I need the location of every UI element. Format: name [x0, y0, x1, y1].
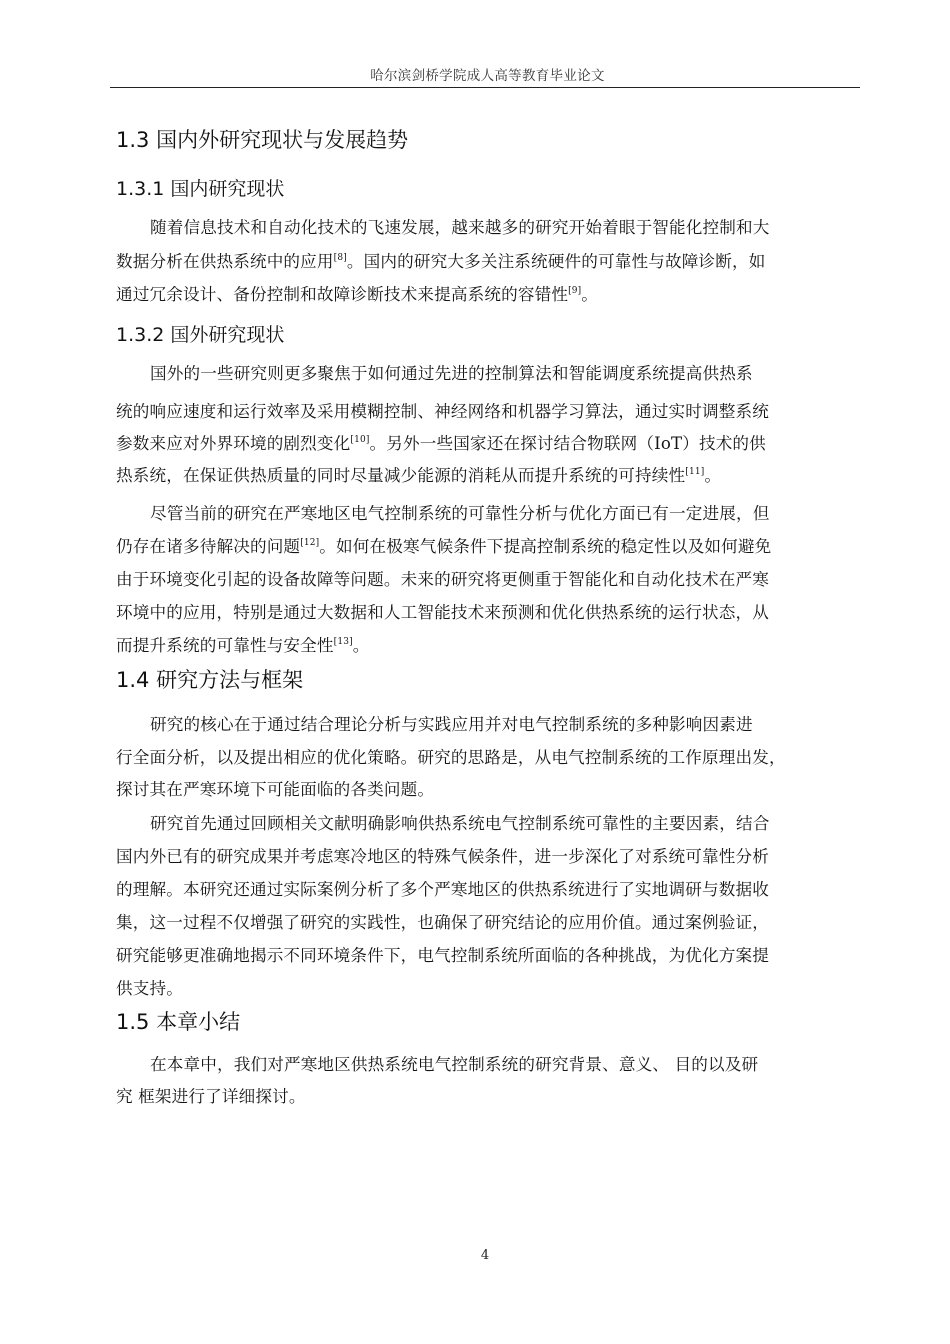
text-line: 由于环境变化引起的设备故障等问题。未来的研究将更侧重于智能化和自动化技术在严寒 [116, 566, 861, 590]
text-span: 仍存在诸多待解决的问题 [116, 537, 300, 556]
text-span: 。如何在极寒气候条件下提高控制系统的稳定性以及如何避免 [319, 537, 771, 556]
running-header: 哈尔滨剑桥学院成人高等教育毕业论文 [115, 64, 860, 84]
text-line: 通过冗余设计、备份控制和故障诊断技术来提高系统的容错性[9]。 [116, 281, 861, 305]
header-divider [110, 87, 860, 88]
text-line: 随着信息技术和自动化技术的飞速发展，越来越多的研究开始着眼于智能化控制和大 [150, 214, 895, 238]
citation-ref: [13] [334, 637, 353, 647]
text-span: 。 [581, 285, 598, 304]
text-span: 热系统，在保证供热质量的同时尽量减少能源的消耗从而提升系统的可持续性 [116, 466, 685, 485]
text-span: 而提升系统的可靠性与安全性 [116, 636, 334, 655]
text-span: 。 [704, 466, 721, 485]
subsection-heading-1-3-2: 1.3.2 国外研究现状 [116, 320, 284, 347]
text-line: 统的响应速度和运行效率及采用模糊控制、神经网络和机器学习算法，通过实时调整系统 [116, 398, 861, 422]
text-span: 通过冗余设计、备份控制和故障诊断技术来提高系统的容错性 [116, 285, 568, 304]
text-line: 集，这一过程不仅增强了研究的实践性，也确保了研究结论的应用价值。通过案例验证， [116, 909, 861, 933]
text-line: 供支持。 [116, 975, 861, 999]
text-line: 在本章中，我们对严寒地区供热系统电气控制系统的研究背景、意义、 目的以及研 [150, 1051, 895, 1075]
section-heading-1-3: 1.3 国内外研究现状与发展趋势 [116, 124, 408, 154]
citation-ref: [8] [334, 253, 347, 263]
citation-ref: [12] [300, 538, 319, 548]
citation-ref: [11] [685, 467, 704, 477]
text-span: 。另外一些国家还在探讨结合物联网（IoT）技术的供 [370, 434, 766, 453]
text-line: 研究的核心在于通过结合理论分析与实践应用并对电气控制系统的多种影响因素进 [150, 711, 895, 735]
text-line: 而提升系统的可靠性与安全性[13]。 [116, 632, 861, 656]
text-line: 热系统，在保证供热质量的同时尽量减少能源的消耗从而提升系统的可持续性[11]。 [116, 462, 861, 486]
text-line: 研究能够更准确地揭示不同环境条件下，电气控制系统所面临的各种挑战，为优化方案提 [116, 942, 861, 966]
text-span: 。国内的研究大多关注系统硬件的可靠性与故障诊断，如 [347, 252, 766, 271]
subsection-heading-1-3-1: 1.3.1 国内研究现状 [116, 174, 284, 201]
page-number: 4 [475, 1248, 495, 1263]
text-line: 参数来应对外界环境的剧烈变化[10]。另外一些国家还在探讨结合物联网（IoT）技… [116, 430, 861, 454]
text-line: 仍存在诸多待解决的问题[12]。如何在极寒气候条件下提高控制系统的稳定性以及如何… [116, 533, 861, 557]
text-span: 参数来应对外界环境的剧烈变化 [116, 434, 350, 453]
text-line: 探讨其在严寒环境下可能面临的各类问题。 [116, 776, 861, 800]
text-span: 数据分析在供热系统中的应用 [116, 252, 334, 271]
section-heading-1-4: 1.4 研究方法与框架 [116, 664, 303, 694]
text-line: 数据分析在供热系统中的应用[8]。国内的研究大多关注系统硬件的可靠性与故障诊断，… [116, 248, 861, 272]
text-line: 的理解。本研究还通过实际案例分析了多个严寒地区的供热系统进行了实地调研与数据收 [116, 876, 861, 900]
section-heading-1-5: 1.5 本章小结 [116, 1006, 240, 1036]
citation-ref: [10] [350, 435, 369, 445]
text-line: 究 框架进行了详细探讨。 [116, 1083, 861, 1107]
text-line: 研究首先通过回顾相关文献明确影响供热系统电气控制系统可靠性的主要因素，结合 [150, 810, 895, 834]
text-line: 尽管当前的研究在严寒地区电气控制系统的可靠性分析与优化方面已有一定进展，但 [150, 500, 895, 524]
citation-ref: [9] [568, 286, 581, 296]
text-line: 国外的一些研究则更多聚焦于如何通过先进的控制算法和智能调度系统提高供热系 [150, 360, 895, 384]
text-line: 国内外已有的研究成果并考虑寒冷地区的特殊气候条件，进一步深化了对系统可靠性分析 [116, 843, 861, 867]
text-line: 环境中的应用，特别是通过大数据和人工智能技术来预测和优化供热系统的运行状态，从 [116, 599, 861, 623]
text-span: 。 [353, 636, 370, 655]
text-line: 行全面分析，以及提出相应的优化策略。研究的思路是，从电气控制系统的工作原理出发， [116, 744, 861, 768]
